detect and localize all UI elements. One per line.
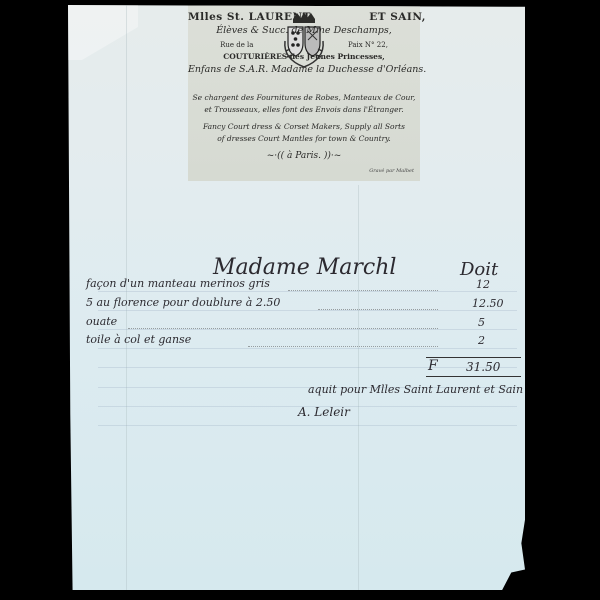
currency-header: Doit <box>460 259 498 280</box>
total-rule-bottom <box>426 376 521 377</box>
line-item-amount: 12.50 <box>472 297 504 310</box>
invoice-total: 31.50 <box>466 360 500 374</box>
line-item-description: ouate <box>86 315 117 328</box>
letterhead-services-en-1: Fancy Court dress & Corset Makers, Suppl… <box>188 122 420 131</box>
letterhead-address: Rue de la Paix N° 22, <box>188 41 420 49</box>
letterhead-patron: Enfans de S.A.R. Madame la Duchesse d'Or… <box>188 64 420 75</box>
line-item-description: toile à col et ganse <box>86 333 191 346</box>
address-left: Rue de la <box>220 41 253 49</box>
letterhead-services-fr-2: et Trousseaux, elles font des Envois dan… <box>188 105 420 114</box>
ruled-line <box>98 367 517 368</box>
letterhead-services-fr-1: Se chargent des Fournitures de Robes, Ma… <box>188 93 420 102</box>
city-label: à Paris. <box>287 151 321 161</box>
line-item-amount: 2 <box>478 334 485 347</box>
line-item-description: façon d'un manteau merinos gris <box>86 277 270 290</box>
signature: A. Leleir <box>298 405 350 419</box>
invoice-paper: Mlles St. LAURENT ET SAIN, Élèves & Succ… <box>68 5 525 590</box>
firm-name-right: ET SAIN, <box>369 11 426 23</box>
ruled-line <box>98 348 517 349</box>
ruled-line <box>98 329 517 330</box>
total-rule-top <box>426 357 521 358</box>
ruled-line <box>98 291 517 292</box>
letterhead-city: ~·(( à Paris. ))·~ <box>188 151 420 161</box>
letterhead-successors: Élèves & Succ. de Mme Deschamps, <box>188 25 420 36</box>
leader-dots <box>288 289 438 291</box>
ruled-line <box>98 310 517 311</box>
total-currency-symbol: F <box>428 358 438 374</box>
receipt-acknowledgement: aquit pour Mlles Saint Laurent et Sain <box>308 383 523 396</box>
engraved-letterhead: Mlles St. LAURENT ET SAIN, Élèves & Succ… <box>188 5 420 181</box>
line-item-description: 5 au florence pour doublure à 2.50 <box>86 296 280 309</box>
address-right: Paix N° 22, <box>348 41 388 49</box>
ruled-line <box>98 425 517 426</box>
letterhead-services-en-2: of dresses Court Mantles for town & Coun… <box>188 134 420 143</box>
engraver-credit: Gravé par Malbet <box>369 168 414 174</box>
line-item-amount: 12 <box>476 278 490 291</box>
letterhead-couturieres: COUTURIÈRES des Jeunes Princesses, <box>188 52 420 61</box>
line-item-amount: 5 <box>478 316 485 329</box>
leader-dots <box>248 345 438 347</box>
folded-corner <box>68 5 138 60</box>
leader-dots <box>128 327 438 329</box>
leader-dots <box>318 308 438 310</box>
